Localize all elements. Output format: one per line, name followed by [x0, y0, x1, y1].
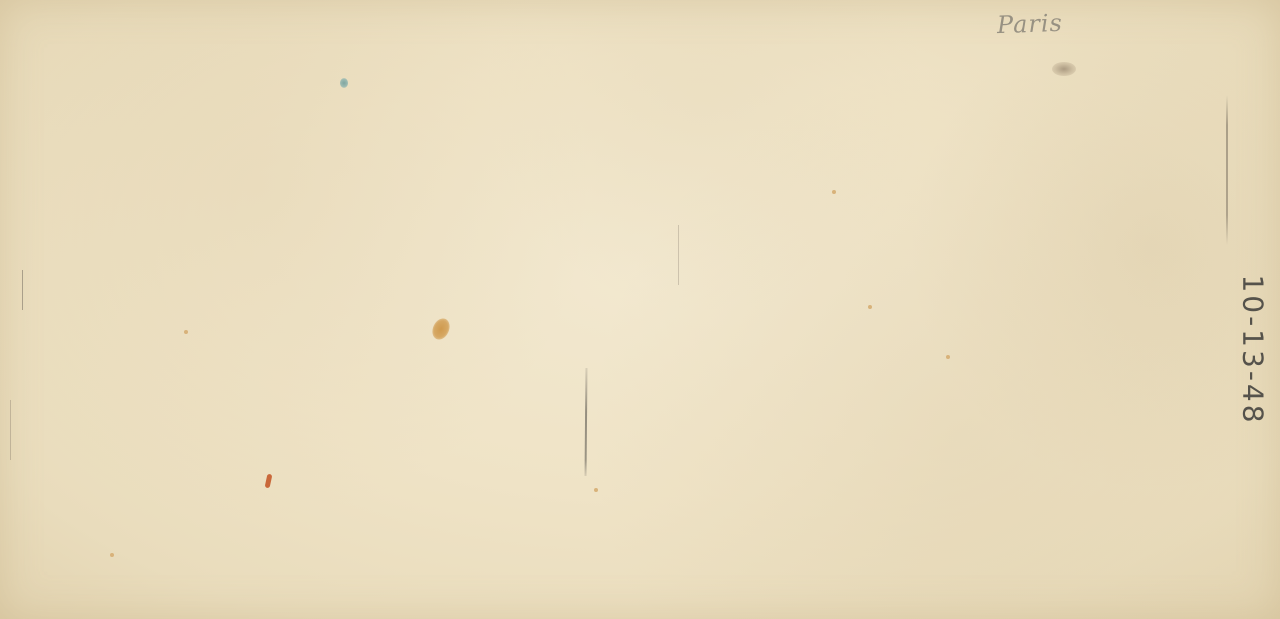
handwritten-location: Paris — [997, 9, 1064, 39]
pencil-stroke — [585, 368, 588, 476]
paper-texture — [0, 0, 1280, 619]
red-mark — [265, 474, 273, 489]
small-stain — [832, 190, 836, 194]
aged-edge-shading — [0, 0, 1280, 619]
faint-pencil-stroke — [678, 225, 679, 285]
right-edge-crease — [1226, 95, 1228, 245]
dark-smudge — [1052, 62, 1076, 76]
handwritten-date: 10-13-48 — [1237, 274, 1270, 425]
small-stain — [110, 553, 114, 557]
small-stain — [594, 488, 598, 492]
left-edge-mark-faint — [10, 400, 11, 460]
amber-stain — [429, 316, 453, 343]
blue-speck — [340, 78, 348, 88]
left-edge-mark — [22, 270, 23, 310]
small-stain — [184, 330, 188, 334]
small-stain — [868, 305, 872, 309]
small-stain — [946, 355, 950, 359]
paper-card-back: Paris 10-13-48 — [0, 0, 1280, 619]
